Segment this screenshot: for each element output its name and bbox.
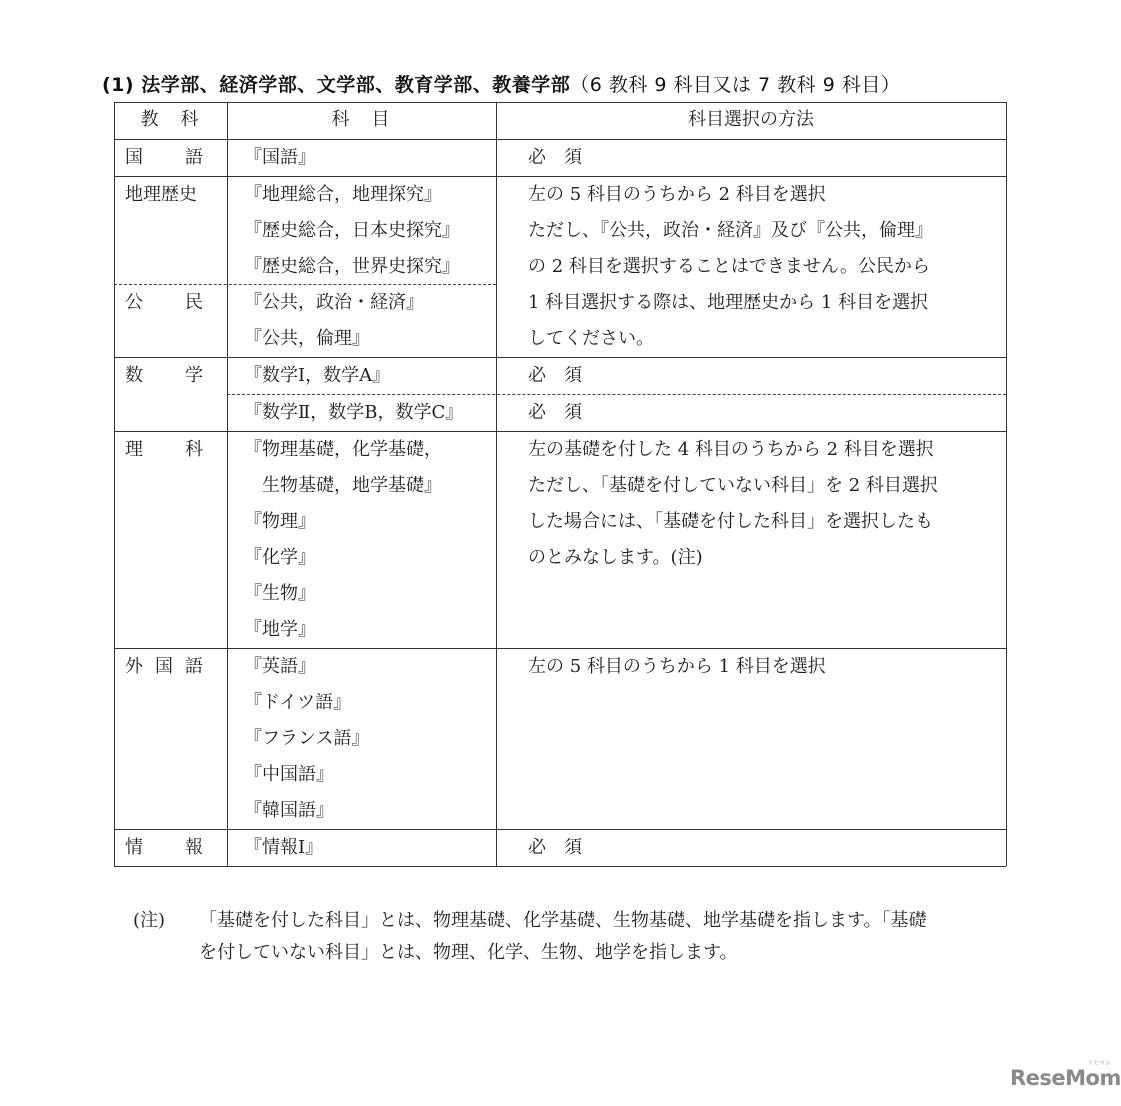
subject-item: 『数学Ⅰ，数学A』 <box>244 358 390 394</box>
selection-method-line: した場合には、「基礎を付した科目」を選択したも <box>528 504 933 540</box>
subject-item: 『数学Ⅱ，数学B，数学C』 <box>244 395 463 431</box>
table-border-left <box>114 102 115 866</box>
subject-item: 『情報Ⅰ』 <box>244 830 323 866</box>
header-subject-area: 教 科 <box>114 102 227 138</box>
subject-area-foreign-language: 外 国 語 <box>125 649 203 685</box>
subject-item: 『公共，政治・経済』 <box>244 285 424 321</box>
subject-area-char: 民 <box>185 285 203 321</box>
note-line-2: を付していない科目」とは、物理、化学、生物、地学を指します。 <box>199 938 738 968</box>
subject-area-char: 学 <box>185 358 203 394</box>
subject-item: 『物理』 <box>244 504 316 540</box>
resemom-logo: ReseMom リセマム <box>1010 1066 1121 1090</box>
selection-method: 必 須 <box>528 358 582 394</box>
selection-method-line: 左の 5 科目のうちから 2 科目を選択 <box>528 177 826 213</box>
column-divider-2 <box>496 102 497 866</box>
subject-area-char: 国 <box>155 649 173 685</box>
header-subjects: 科 目 <box>227 102 496 138</box>
selection-method-line: してください。 <box>528 321 654 357</box>
subject-area-science: 理 科 <box>125 432 203 468</box>
subject-item: 『地理総合，地理探究』 <box>244 177 442 213</box>
subject-area-char: 科 <box>185 432 203 468</box>
subject-item: 『公共，倫理』 <box>244 321 370 357</box>
table-border-right <box>1006 102 1007 866</box>
selection-method-line: のとみなします。(注) <box>528 540 703 576</box>
section-title-main: (1) 法学部、経済学部、文学部、教育学部、教養学部 <box>102 74 570 96</box>
selection-method: 左の 5 科目のうちから 1 科目を選択 <box>528 649 826 685</box>
subject-area-char: 情 <box>125 830 143 866</box>
subject-item: 『国語』 <box>244 140 316 176</box>
subject-area-geography-history: 地理歴史 <box>125 177 197 213</box>
subject-area-information: 情 報 <box>125 830 203 866</box>
subject-area-char: 国 <box>125 140 143 176</box>
logo-text: ReseMom <box>1010 1066 1121 1090</box>
subject-item: 『生物』 <box>244 576 316 612</box>
subject-item: 『フランス語』 <box>244 721 369 757</box>
header-selection-method: 科目選択の方法 <box>496 102 1006 138</box>
subject-item: 『中国語』 <box>244 757 334 793</box>
subject-item: 『物理基礎，化学基礎， <box>244 432 442 468</box>
selection-method-line: 1 科目選択する際は、地理歴史から 1 科目を選択 <box>528 285 928 321</box>
logo-ruby: リセマム <box>1087 1058 1111 1067</box>
subject-area-char: 理 <box>125 432 143 468</box>
selection-method-line: の 2 科目を選択することはできません。公民から <box>528 249 930 285</box>
subject-area-char: 報 <box>185 830 203 866</box>
selection-method: 必 須 <box>528 140 582 176</box>
subject-area-char: 外 <box>125 649 143 685</box>
subject-area-math: 数 学 <box>125 358 203 394</box>
selection-method-line: 左の基礎を付した 4 科目のうちから 2 科目を選択 <box>528 432 934 468</box>
subject-area-kokugo: 国 語 <box>125 140 203 176</box>
selection-method: 必 須 <box>528 395 582 431</box>
note-label: (注) <box>133 906 165 936</box>
subject-item: 『地学』 <box>244 612 316 648</box>
subject-table: 教 科 科 目 科目選択の方法 国 語 『国語』 必 須 地理歴史 『地理総合，… <box>114 102 1006 866</box>
subject-area-char: 語 <box>185 140 203 176</box>
section-title-sub: （6 教科 9 科目又は 7 教科 9 科目） <box>570 74 900 96</box>
subject-item: 『ドイツ語』 <box>244 685 351 721</box>
selection-method: 必 須 <box>528 830 582 866</box>
subject-item: 『韓国語』 <box>244 793 334 829</box>
subject-item: 『英語』 <box>244 649 316 685</box>
note-line-1: 「基礎を付した科目」とは、物理基礎、化学基礎、生物基礎、地学基礎を指します。「基… <box>199 906 927 936</box>
section-title: (1) 法学部、経済学部、文学部、教育学部、教養学部（6 教科 9 科目又は 7… <box>102 70 900 97</box>
subject-item: 『歴史総合，世界史探究』 <box>244 249 460 285</box>
subject-item: 『化学』 <box>244 540 316 576</box>
column-divider-1 <box>227 102 228 866</box>
table-border-bottom <box>114 866 1006 867</box>
subject-item: 『歴史総合，日本史探究』 <box>244 213 460 249</box>
selection-method-line: ただし、『公共，政治・経済』及び『公共，倫理』 <box>528 213 933 249</box>
subject-area-char: 数 <box>125 358 143 394</box>
subject-area-civics: 公 民 <box>125 285 203 321</box>
selection-method-line: ただし、「基礎を付していない科目」を 2 科目選択 <box>528 468 938 504</box>
subject-area-char: 語 <box>185 649 203 685</box>
subject-item: 生物基礎，地学基礎』 <box>244 468 442 504</box>
subject-area-char: 公 <box>125 285 143 321</box>
